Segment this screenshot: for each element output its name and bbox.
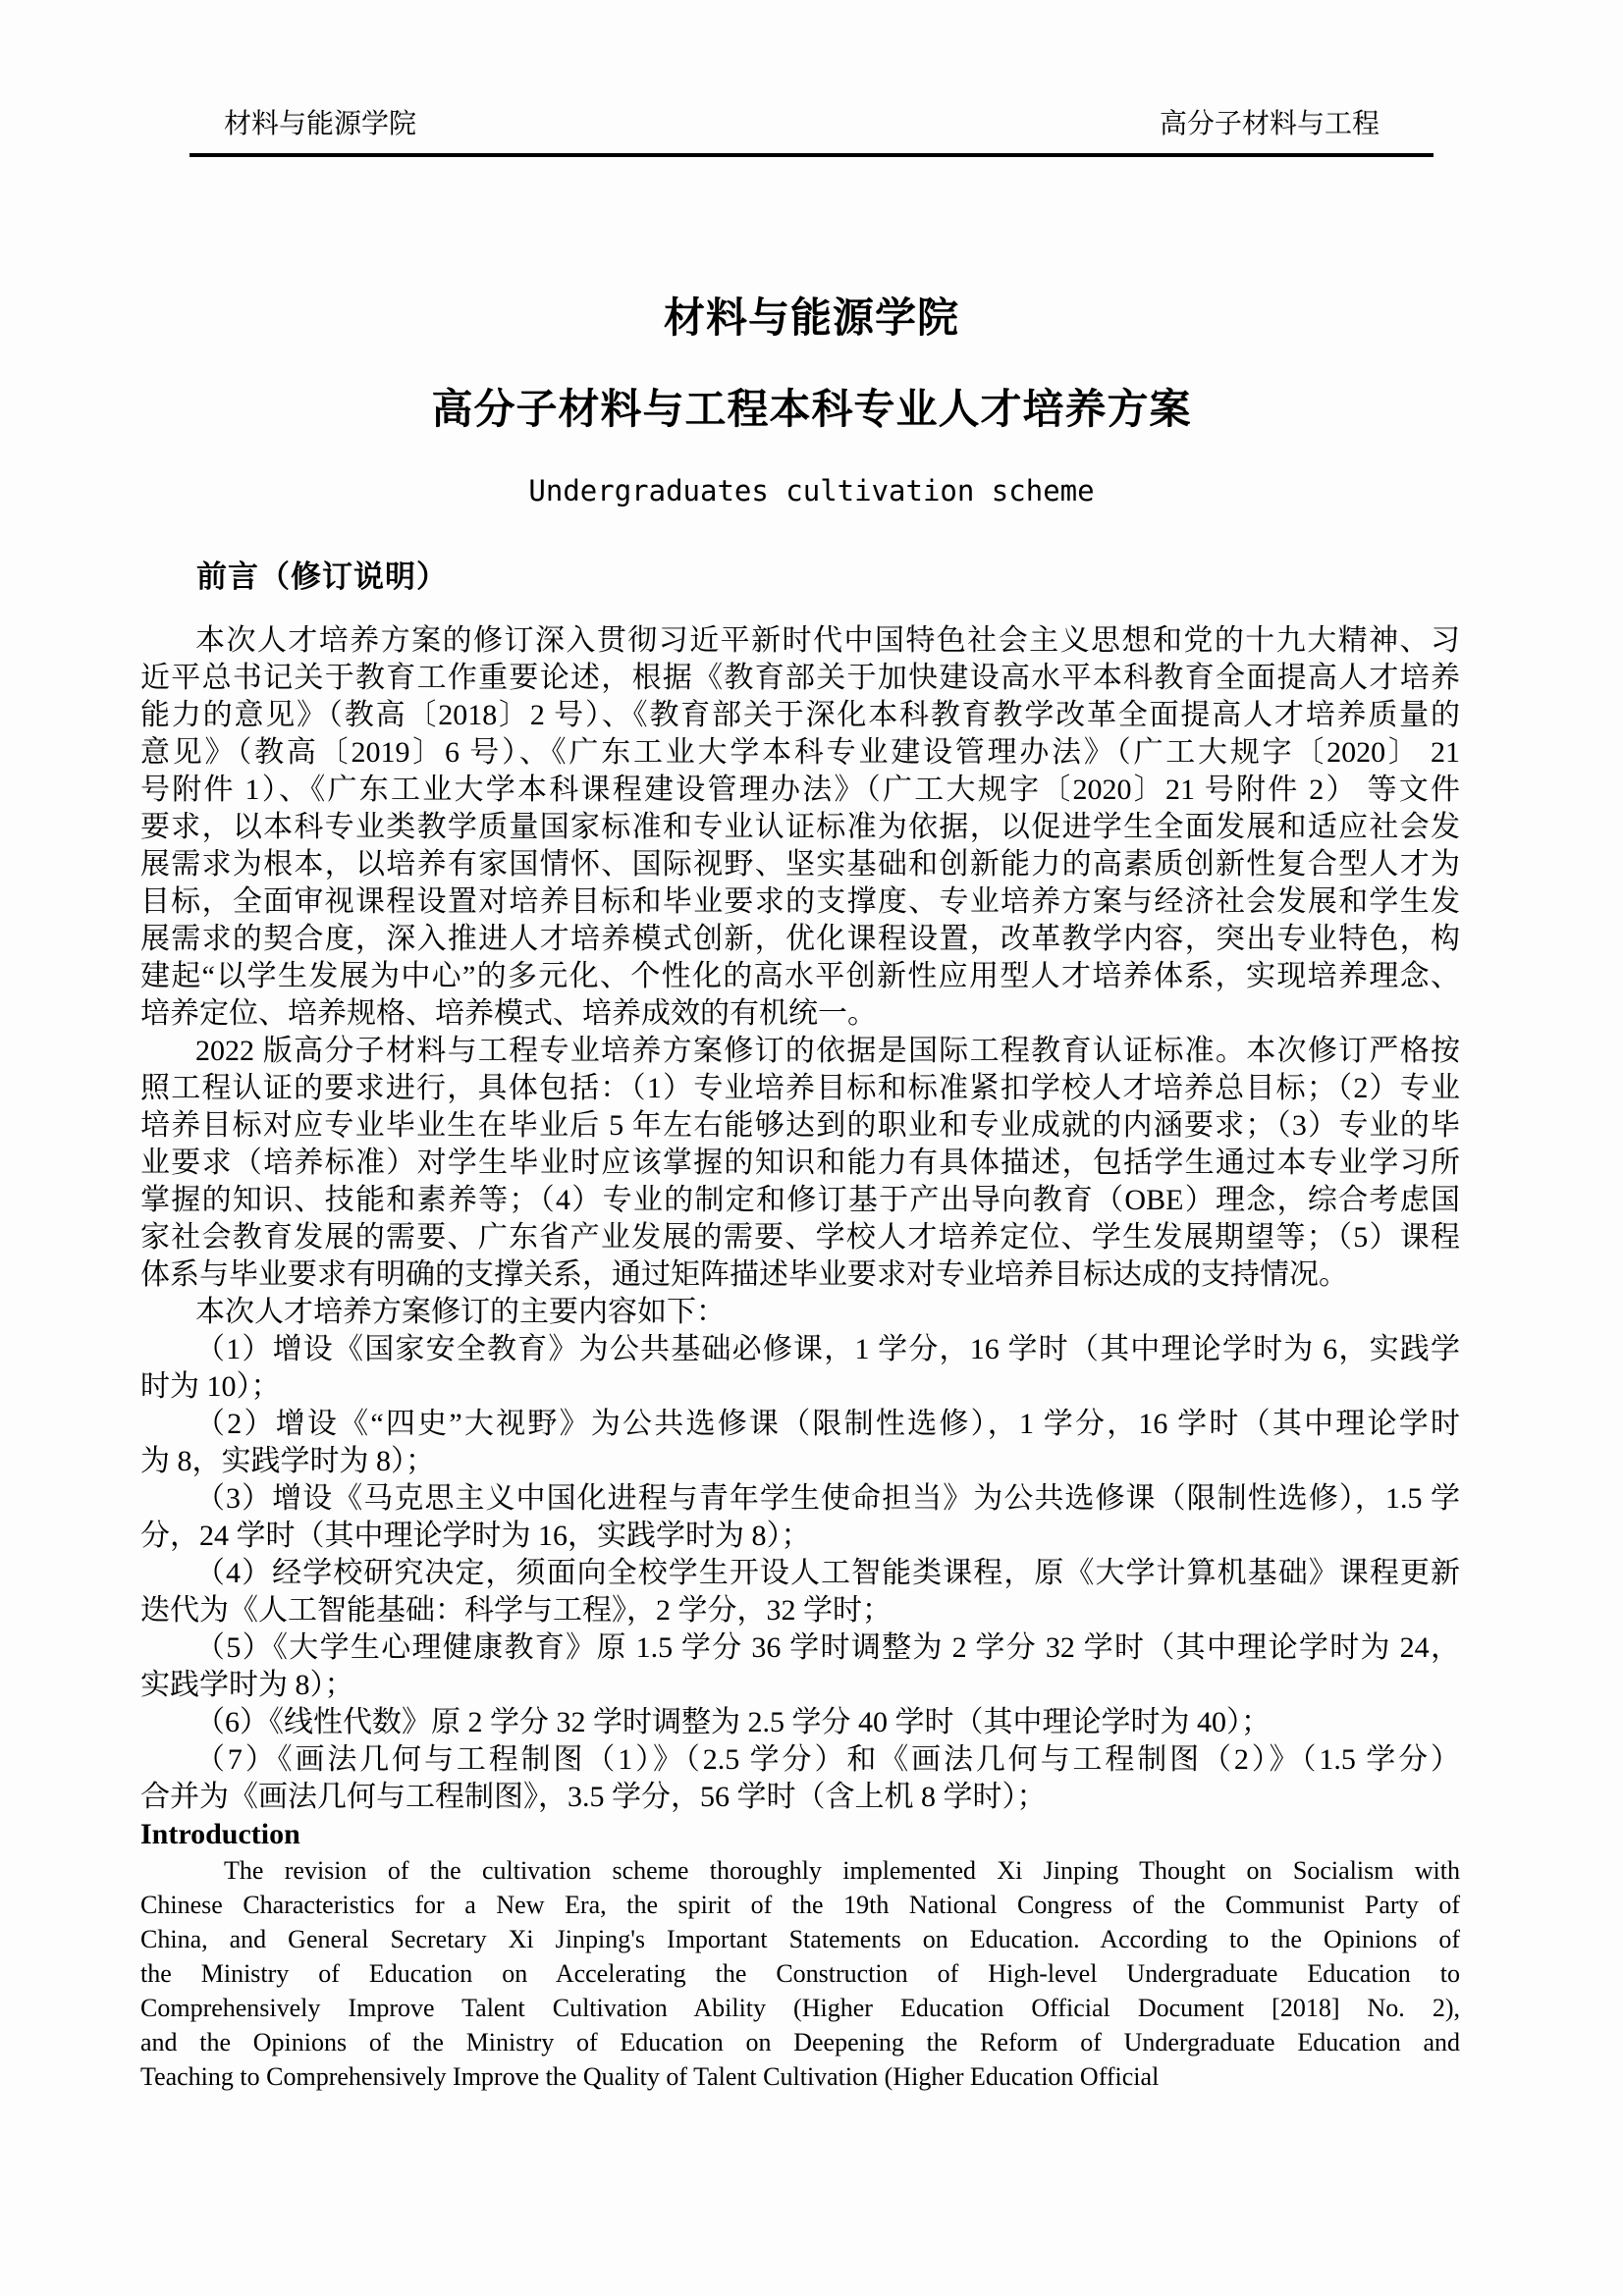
- text-line: 能力的意见》（教高〔2018〕2 号）、《教育部关于深化本科教育教学改革全面提高…: [140, 697, 1460, 734]
- text-line: （2）增设《“四史”大视野》为公共选修课（限制性选修），1 学分，16 学时（其…: [140, 1406, 1460, 1443]
- text-line: 业要求（培养标准）对学生毕业时应该掌握的知识和能力有具体描述，包括学生通过本专业…: [140, 1145, 1460, 1182]
- text-line: Teaching to Comprehensively Improve the …: [140, 2059, 1460, 2094]
- text-line: 要求，以本科专业类教学质量国家标准和专业认证标准为依据，以促进学生全面发展和适应…: [140, 809, 1460, 846]
- text-line: （5）《大学生心理健康教育》原 1.5 学分 36 学时调整为 2 学分 32 …: [140, 1629, 1460, 1667]
- text-line: （6）《线性代数》原 2 学分 32 学时调整为 2.5 学分 40 学时（其中…: [140, 1704, 1460, 1741]
- page-header-left: 材料与能源学院: [224, 108, 416, 141]
- document-page: 材料与能源学院 高分子材料与工程 材料与能源学院 高分子材料与工程本科专业人才培…: [0, 0, 1623, 2296]
- text-line: 意见》（教高〔2019〕6 号）、《广东工业大学本科专业建设管理办法》（广工大规…: [140, 734, 1460, 772]
- document-title-major-scheme: 高分子材料与工程本科专业人才培养方案: [0, 388, 1623, 431]
- document-title-english: Undergraduates cultivation scheme: [0, 474, 1623, 507]
- text-line: 展需求的契合度，深入推进人才培养模式创新，优化课程设置，改革教学内容，突出专业特…: [140, 921, 1460, 958]
- text-line: The revision of the cultivation scheme t…: [140, 1853, 1460, 1888]
- text-line: （1）增设《国家安全教育》为公共基础必修课，1 学分，16 学时（其中理论学时为…: [140, 1331, 1460, 1368]
- text-line: 展需求为根本，以培养有家国情怀、国际视野、坚实基础和创新能力的高素质创新性复合型…: [140, 846, 1460, 883]
- text-line: 照工程认证的要求进行，具体包括：（1）专业培养目标和标准紧扣学校人才培养总目标；…: [140, 1070, 1460, 1107]
- text-line: 体系与毕业要求有明确的支撑关系，通过矩阵描述毕业要求对专业培养目标达成的支持情况…: [140, 1256, 1460, 1294]
- preface-heading: 前言（修订说明）: [196, 561, 448, 594]
- text-line: 培养目标对应专业毕业生在毕业后 5 年左右能够达到的职业和专业成就的内涵要求；（…: [140, 1107, 1460, 1145]
- introduction-paragraph: The revision of the cultivation scheme t…: [140, 1853, 1460, 2094]
- text-line: 目标，全面审视课程设置对培养目标和毕业要求的支撑度、专业培养方案与经济社会发展和…: [140, 883, 1460, 921]
- text-line: Comprehensively Improve Talent Cultivati…: [140, 1991, 1460, 2025]
- page-header-rule: [189, 153, 1434, 157]
- text-line: 时为 10）；: [140, 1368, 1460, 1406]
- text-line: 号附件 1）、《广东工业大学本科课程建设管理办法》（广工大规字〔2020〕21 …: [140, 772, 1460, 809]
- text-line: the Ministry of Education on Acceleratin…: [140, 1956, 1460, 1991]
- text-line: 培养定位、培养规格、培养模式、培养成效的有机统一。: [140, 995, 1460, 1033]
- text-line: 实践学时为 8）；: [140, 1667, 1460, 1704]
- preface-paragraphs: 本次人才培养方案的修订深入贯彻习近平新时代中国特色社会主义思想和党的十九大精神、…: [140, 622, 1460, 1816]
- document-title-college: 材料与能源学院: [0, 296, 1623, 340]
- text-line: China, and General Secretary Xi Jinping'…: [140, 1922, 1460, 1956]
- text-line: 家社会教育发展的需要、广东省产业发展的需要、学校人才培养定位、学生发展期望等；（…: [140, 1219, 1460, 1256]
- text-line: 近平总书记关于教育工作重要论述，根据《教育部关于加快建设高水平本科教育全面提高人…: [140, 660, 1460, 697]
- text-line: 建起“以学生发展为中心”的多元化、个性化的高水平创新性应用型人才培养体系，实现培…: [140, 958, 1460, 995]
- text-line: （4）经学校研究决定，须面向全校学生开设人工智能类课程，原《大学计算机基础》课程…: [140, 1555, 1460, 1592]
- text-line: Chinese Characteristics for a New Era, t…: [140, 1888, 1460, 1922]
- introduction-heading: Introduction: [140, 1816, 1460, 1853]
- text-line: 分，24 学时（其中理论学时为 16，实践学时为 8）；: [140, 1518, 1460, 1555]
- text-line: 迭代为《人工智能基础：科学与工程》，2 学分，32 学时；: [140, 1592, 1460, 1629]
- text-line: and the Opinions of the Ministry of Educ…: [140, 2025, 1460, 2059]
- text-line: （7）《画法几何与工程制图（1）》（2.5 学分）和《画法几何与工程制图（2）》…: [140, 1741, 1460, 1779]
- text-line: 掌握的知识、技能和素养等；（4）专业的制定和修订基于产出导向教育（OBE）理念，…: [140, 1182, 1460, 1219]
- text-line: 2022 版高分子材料与工程专业培养方案修订的依据是国际工程教育认证标准。本次修…: [140, 1033, 1460, 1070]
- text-line: 合并为《画法几何与工程制图》，3.5 学分，56 学时（含上机 8 学时）；: [140, 1779, 1460, 1816]
- page-header-right: 高分子材料与工程: [1160, 108, 1380, 141]
- text-line: 本次人才培养方案修订的主要内容如下：: [140, 1294, 1460, 1331]
- text-line: 本次人才培养方案的修订深入贯彻习近平新时代中国特色社会主义思想和党的十九大精神、…: [140, 622, 1460, 660]
- text-line: 为 8，实践学时为 8）；: [140, 1443, 1460, 1480]
- text-line: （3）增设《马克思主义中国化进程与青年学生使命担当》为公共选修课（限制性选修），…: [140, 1480, 1460, 1518]
- document-body: 本次人才培养方案的修订深入贯彻习近平新时代中国特色社会主义思想和党的十九大精神、…: [140, 622, 1460, 2094]
